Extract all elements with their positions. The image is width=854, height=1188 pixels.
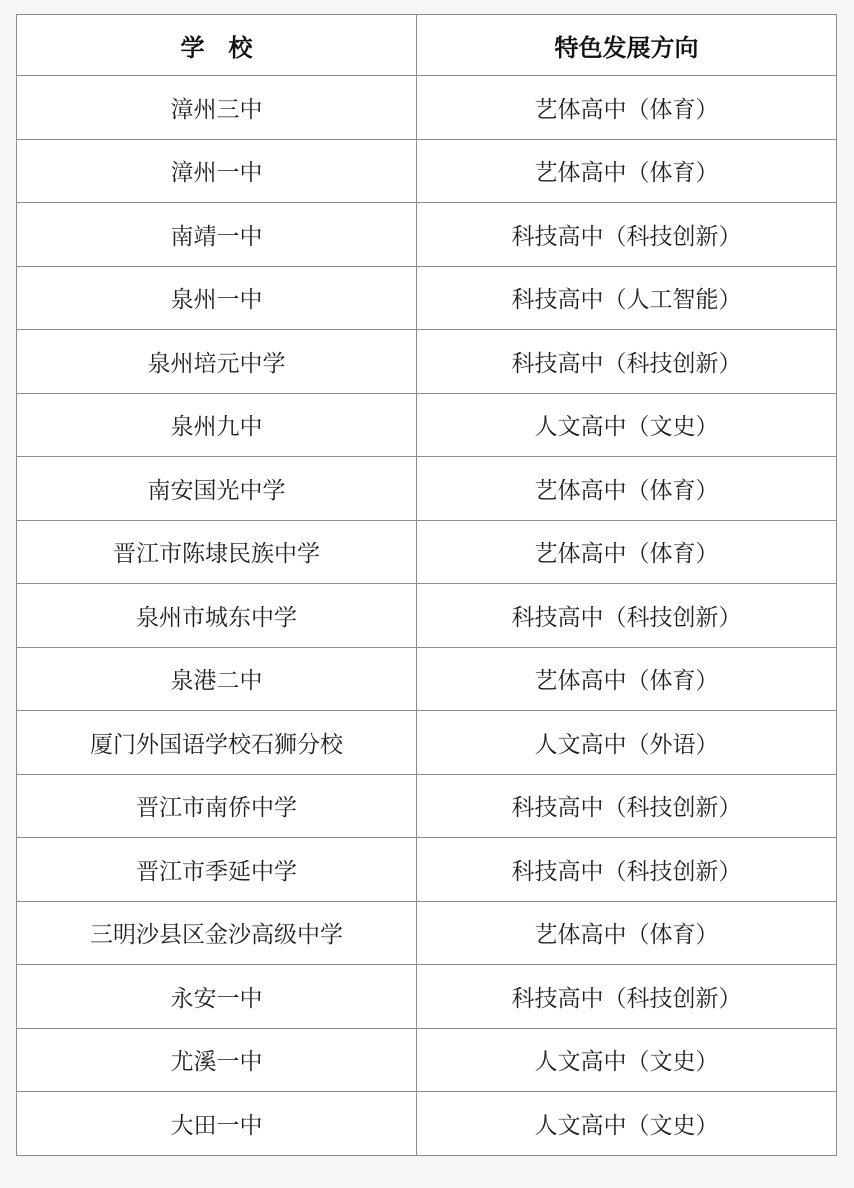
schools-table: 学 校 特色发展方向 漳州三中艺体高中（体育）漳州一中艺体高中（体育）南靖一中科… <box>16 14 837 1156</box>
table-row: 漳州一中艺体高中（体育） <box>17 139 837 203</box>
school-cell: 尤溪一中 <box>17 1028 417 1092</box>
direction-cell: 人文高中（文史） <box>417 1092 837 1156</box>
table-row: 泉港二中艺体高中（体育） <box>17 647 837 711</box>
school-cell: 晋江市南侨中学 <box>17 774 417 838</box>
table-header: 学 校 特色发展方向 <box>17 15 837 76</box>
direction-cell: 科技高中（科技创新） <box>417 330 837 394</box>
school-cell: 泉港二中 <box>17 647 417 711</box>
table-row: 漳州三中艺体高中（体育） <box>17 76 837 140</box>
direction-cell: 艺体高中（体育） <box>417 457 837 521</box>
table-row: 尤溪一中人文高中（文史） <box>17 1028 837 1092</box>
school-cell: 泉州九中 <box>17 393 417 457</box>
direction-cell: 艺体高中（体育） <box>417 647 837 711</box>
table-row: 南安国光中学艺体高中（体育） <box>17 457 837 521</box>
table-row: 晋江市陈埭民族中学艺体高中（体育） <box>17 520 837 584</box>
direction-cell: 科技高中（人工智能） <box>417 266 837 330</box>
table-row: 三明沙县区金沙高级中学艺体高中（体育） <box>17 901 837 965</box>
header-row: 学 校 特色发展方向 <box>17 15 837 76</box>
direction-cell: 艺体高中（体育） <box>417 901 837 965</box>
direction-cell: 科技高中（科技创新） <box>417 774 837 838</box>
school-cell: 三明沙县区金沙高级中学 <box>17 901 417 965</box>
school-cell: 泉州市城东中学 <box>17 584 417 648</box>
table-row: 泉州一中科技高中（人工智能） <box>17 266 837 330</box>
table-body: 漳州三中艺体高中（体育）漳州一中艺体高中（体育）南靖一中科技高中（科技创新）泉州… <box>17 76 837 1156</box>
school-cell: 晋江市陈埭民族中学 <box>17 520 417 584</box>
table-wrapper: 学 校 特色发展方向 漳州三中艺体高中（体育）漳州一中艺体高中（体育）南靖一中科… <box>0 0 854 1170</box>
school-cell: 南安国光中学 <box>17 457 417 521</box>
table-row: 厦门外国语学校石狮分校人文高中（外语） <box>17 711 837 775</box>
table-row: 泉州培元中学科技高中（科技创新） <box>17 330 837 394</box>
school-cell: 漳州三中 <box>17 76 417 140</box>
direction-cell: 艺体高中（体育） <box>417 139 837 203</box>
direction-cell: 艺体高中（体育） <box>417 520 837 584</box>
table-row: 泉州市城东中学科技高中（科技创新） <box>17 584 837 648</box>
school-cell: 泉州培元中学 <box>17 330 417 394</box>
school-cell: 大田一中 <box>17 1092 417 1156</box>
school-cell: 厦门外国语学校石狮分校 <box>17 711 417 775</box>
table-row: 永安一中科技高中（科技创新） <box>17 965 837 1029</box>
school-cell: 晋江市季延中学 <box>17 838 417 902</box>
direction-cell: 科技高中（科技创新） <box>417 965 837 1029</box>
school-cell: 永安一中 <box>17 965 417 1029</box>
direction-cell: 科技高中（科技创新） <box>417 838 837 902</box>
direction-cell: 人文高中（文史） <box>417 1028 837 1092</box>
direction-cell: 科技高中（科技创新） <box>417 203 837 267</box>
direction-cell: 人文高中（外语） <box>417 711 837 775</box>
direction-cell: 人文高中（文史） <box>417 393 837 457</box>
table-row: 晋江市南侨中学科技高中（科技创新） <box>17 774 837 838</box>
school-cell: 漳州一中 <box>17 139 417 203</box>
school-cell: 南靖一中 <box>17 203 417 267</box>
direction-cell: 艺体高中（体育） <box>417 76 837 140</box>
table-row: 南靖一中科技高中（科技创新） <box>17 203 837 267</box>
school-cell: 泉州一中 <box>17 266 417 330</box>
table-row: 大田一中人文高中（文史） <box>17 1092 837 1156</box>
table-row: 泉州九中人文高中（文史） <box>17 393 837 457</box>
header-direction: 特色发展方向 <box>417 15 837 76</box>
direction-cell: 科技高中（科技创新） <box>417 584 837 648</box>
table-row: 晋江市季延中学科技高中（科技创新） <box>17 838 837 902</box>
header-school: 学 校 <box>17 15 417 76</box>
